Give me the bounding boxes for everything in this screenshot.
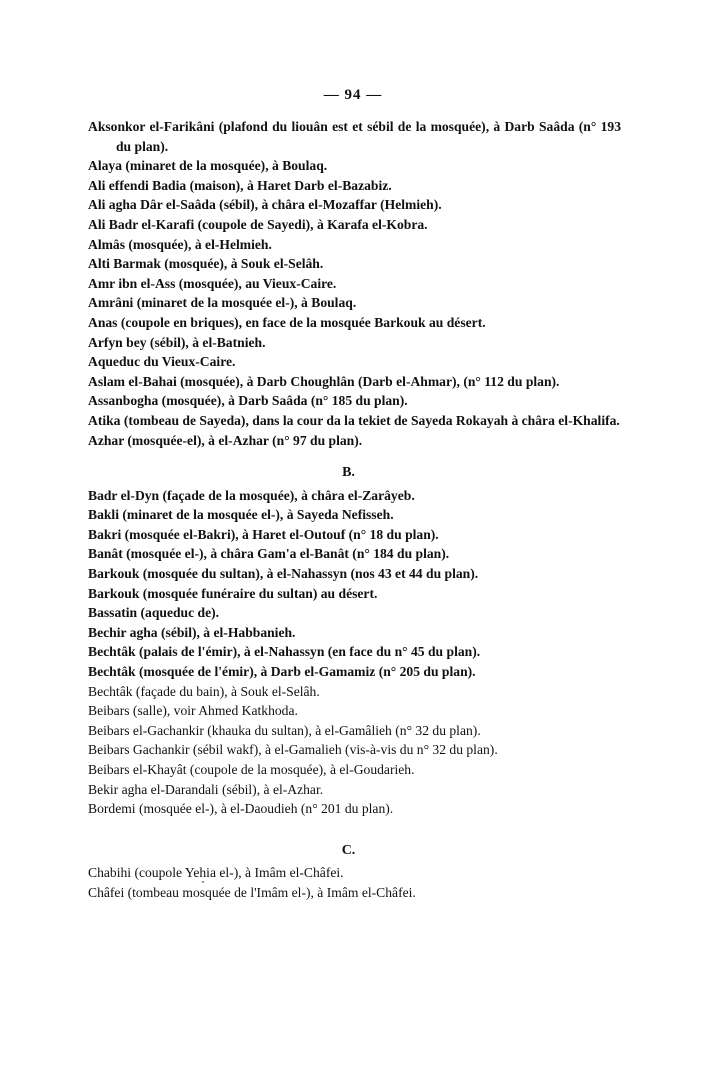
- index-entry: Bakri (mosquée el-Bakri), à Haret el-Out…: [88, 525, 621, 545]
- index-entry: Amrâni (minaret de la mosquée el-), à Bo…: [88, 293, 621, 313]
- index-entry: Badr el-Dyn (façade de la mosquée), à ch…: [88, 486, 621, 506]
- index-entry: Barkouk (mosquée du sultan), à el-Nahass…: [88, 564, 621, 584]
- index-entry: Beibars el-Gachankir (khauka du sultan),…: [88, 721, 621, 741]
- index-entry: Ali agha Dâr el-Saâda (sébil), à châra e…: [88, 195, 621, 215]
- section-heading-c: C.: [88, 841, 621, 861]
- page-number: — 94 —: [0, 87, 706, 104]
- index-entry: Beibars el-Khayât (coupole de la mosquée…: [88, 760, 621, 780]
- index-entry: Bechtâk (mosquée de l'émir), à Darb el-G…: [88, 662, 621, 682]
- index-entry: Anas (coupole en briques), en face de la…: [88, 313, 621, 333]
- scan-speck: [202, 881, 204, 883]
- index-entry: Beibars (salle), voir Ahmed Katkhoda.: [88, 701, 621, 721]
- index-entry: Bordemi (mosquée el-), à el-Daoudieh (n°…: [88, 799, 621, 819]
- index-entry: Bekir agha el-Darandali (sébil), à el-Az…: [88, 780, 621, 800]
- index-entry: Banât (mosquée el-), à châra Gam'a el-Ba…: [88, 544, 621, 564]
- index-entry: Alti Barmak (mosquée), à Souk el-Selâh.: [88, 254, 621, 274]
- index-entry: Bechtâk (palais de l'émir), à el-Nahassy…: [88, 642, 621, 662]
- index-entry: Ali Badr el-Karafi (coupole de Sayedi), …: [88, 215, 621, 235]
- document-page: — 94 — Aksonkor el-Farikâni (plafond du …: [0, 0, 720, 1082]
- index-entry: Bassatin (aqueduc de).: [88, 603, 621, 623]
- index-entry: Châfei (tombeau mosquée de l'Imâm el-), …: [88, 883, 621, 903]
- index-entry: Barkouk (mosquée funéraire du sultan) au…: [88, 584, 621, 604]
- index-entry: Ali effendi Badia (maison), à Haret Darb…: [88, 176, 621, 196]
- index-entry: Arfyn bey (sébil), à el-Batnieh.: [88, 333, 621, 353]
- index-entry: Bechtâk (façade du bain), à Souk el-Selâ…: [88, 682, 621, 702]
- index-entry: Aksonkor el-Farikâni (plafond du liouân …: [88, 117, 621, 156]
- index-entry: Almâs (mosquée), à el-Helmieh.: [88, 235, 621, 255]
- index-column: Aksonkor el-Farikâni (plafond du liouân …: [88, 117, 621, 903]
- section-a: Aksonkor el-Farikâni (plafond du liouân …: [88, 117, 621, 450]
- index-entry: Aslam el-Bahai (mosquée), à Darb Choughl…: [88, 372, 621, 392]
- section-b: B. Badr el-Dyn (façade de la mosquée), à…: [88, 463, 621, 819]
- section-heading-b: B.: [88, 463, 621, 483]
- index-entry: Chabihi (coupole Yehia el-), à Imâm el-C…: [88, 863, 621, 883]
- index-entry: Amr ibn el-Ass (mosquée), au Vieux-Caire…: [88, 274, 621, 294]
- index-entry: Alaya (minaret de la mosquée), à Boulaq.: [88, 156, 621, 176]
- section-c: C. Chabihi (coupole Yehia el-), à Imâm e…: [88, 841, 621, 903]
- index-entry: Azhar (mosquée-el), à el-Azhar (n° 97 du…: [88, 431, 621, 451]
- index-entry: Aqueduc du Vieux-Caire.: [88, 352, 621, 372]
- index-entry: Bechir agha (sébil), à el-Habbanieh.: [88, 623, 621, 643]
- index-entry: Bakli (minaret de la mosquée el-), à Say…: [88, 505, 621, 525]
- index-entry: Atika (tombeau de Sayeda), dans la cour …: [88, 411, 621, 431]
- index-entry: Beibars Gachankir (sébil wakf), à el-Gam…: [88, 740, 621, 760]
- index-entry: Assanbogha (mosquée), à Darb Saâda (n° 1…: [88, 391, 621, 411]
